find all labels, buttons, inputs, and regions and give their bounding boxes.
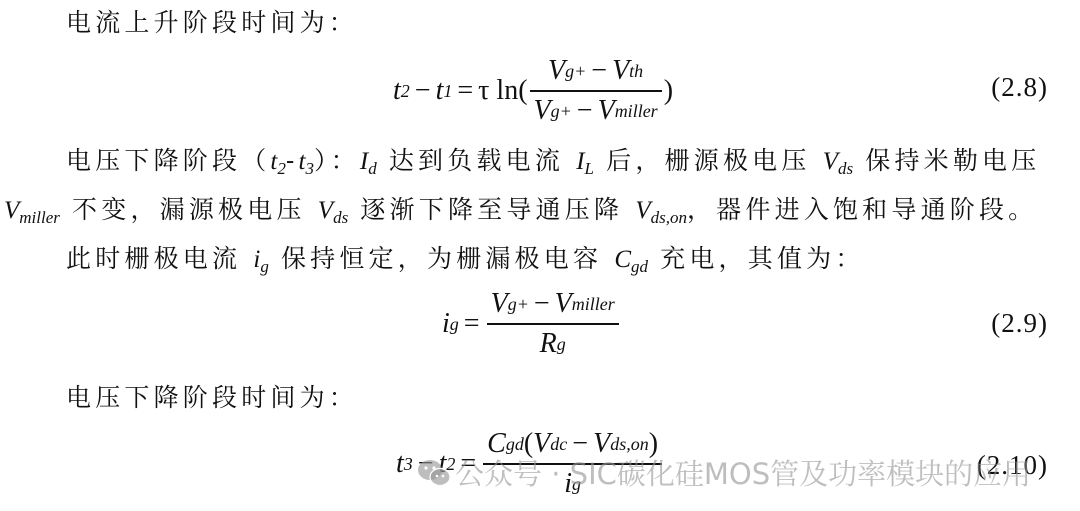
subscript: ds,on — [651, 208, 687, 227]
subscript: miller — [19, 208, 60, 227]
subscript: g — [260, 257, 269, 276]
var-i: i — [442, 308, 450, 340]
text: 电压下降阶段（ — [66, 146, 270, 175]
numerator: Vg+ − Vmiller — [487, 285, 619, 323]
subscript: gd — [631, 257, 648, 276]
operator-minus: − — [572, 426, 588, 462]
var-C: C — [487, 426, 506, 462]
paragraph-current-rise-time: 电流上升阶段时间为： — [66, 8, 358, 38]
numerator: Cgd ( Vdc − Vds,on ) — [483, 425, 662, 463]
text: 不变，漏源极电压 — [60, 195, 318, 224]
denominator: Vg+ − Vmiller — [530, 92, 662, 130]
open-paren: ( — [524, 426, 533, 462]
text: 逐渐下降至导通压降 — [348, 195, 635, 224]
text: 电压下降阶段时间为： — [66, 383, 358, 412]
equation-2-8: t2 − t1 = τ ln( Vg+ − Vth Vg+ − Vmiller … — [393, 52, 673, 130]
subscript: 2 — [277, 159, 286, 178]
close-paren: ) — [649, 426, 658, 462]
denominator: Rg — [536, 325, 570, 363]
var-I: I — [576, 148, 584, 175]
var-V: V — [612, 53, 629, 89]
operator-equals: = — [464, 308, 480, 340]
equation-number-2-10: (2.10) — [977, 450, 1048, 481]
operator-minus: − — [577, 93, 593, 129]
paragraph-gate-current: 此时栅极电流 ig 保持恒定，为栅漏极电容 Cgd 充电，其值为： — [66, 244, 865, 275]
var-V: V — [534, 93, 551, 129]
text: 后，栅源极电压 — [594, 146, 823, 175]
paragraph-voltage-drop-time: 电压下降阶段时间为： — [66, 383, 358, 413]
fraction: Vg+ − Vmiller Rg — [487, 285, 619, 363]
equation-2-10: t3 − t2 = Cgd ( Vdc − Vds,on ) ig — [396, 425, 664, 503]
var-t: t — [439, 448, 447, 480]
operator-equals: = — [457, 75, 473, 107]
paragraph-voltage-drop-phase: 电压下降阶段（t2-t3）：Id 达到负载电流 IL 后，栅源极电压 Vds 保… — [66, 146, 1040, 177]
var-V: V — [635, 197, 650, 224]
close-paren: ) — [664, 75, 673, 107]
fraction: Cgd ( Vdc − Vds,on ) ig — [483, 425, 662, 503]
var-V: V — [491, 286, 508, 322]
subscript: ds — [333, 208, 348, 227]
var-t: t — [393, 75, 401, 107]
operator-minus: − — [415, 75, 431, 107]
var-V: V — [555, 286, 572, 322]
subscript: d — [368, 159, 377, 178]
text: - — [286, 146, 299, 175]
var-V: V — [548, 53, 565, 89]
var-V: V — [318, 197, 333, 224]
subscript: 3 — [305, 159, 314, 178]
operator-minus: − — [418, 448, 434, 480]
var-V: V — [533, 426, 550, 462]
text: 保持恒定，为栅漏极电容 — [269, 244, 615, 273]
var-V: V — [593, 426, 610, 462]
paragraph-continuation: Vmiller 不变，漏源极电压 Vds 逐渐下降至导通压降 Vds,on，器件… — [4, 195, 1037, 226]
text: 此时栅极电流 — [66, 244, 253, 273]
operator-minus: − — [534, 286, 550, 322]
var-C: C — [614, 246, 631, 273]
var-t: t — [436, 75, 444, 107]
fraction: Vg+ − Vth Vg+ − Vmiller — [530, 52, 662, 130]
subscript: ds — [838, 159, 853, 178]
text: ）： — [314, 146, 360, 175]
text: 保持米勒电压 — [853, 146, 1040, 175]
equation-number-2-8: (2.8) — [991, 72, 1048, 103]
var-I: I — [360, 148, 368, 175]
var-i: i — [564, 466, 572, 502]
var-V: V — [823, 148, 838, 175]
var-t: t — [396, 448, 404, 480]
operator-equals: = — [460, 448, 476, 480]
equation-2-9: ig = Vg+ − Vmiller Rg — [442, 285, 621, 363]
denominator: ig — [560, 465, 585, 503]
text: 达到负载电流 — [377, 146, 577, 175]
text: 充电，其值为： — [648, 244, 865, 273]
tau-ln: τ ln( — [478, 75, 527, 107]
equation-number-2-9: (2.9) — [991, 308, 1048, 339]
var-V: V — [4, 197, 19, 224]
var-V: V — [598, 93, 615, 129]
var-R: R — [540, 326, 557, 362]
numerator: Vg+ − Vth — [544, 52, 647, 90]
subscript: L — [585, 159, 594, 178]
text: ，器件进入饱和导通阶段。 — [687, 195, 1037, 224]
operator-minus: − — [591, 53, 607, 89]
text: 电流上升阶段时间为： — [66, 8, 358, 37]
